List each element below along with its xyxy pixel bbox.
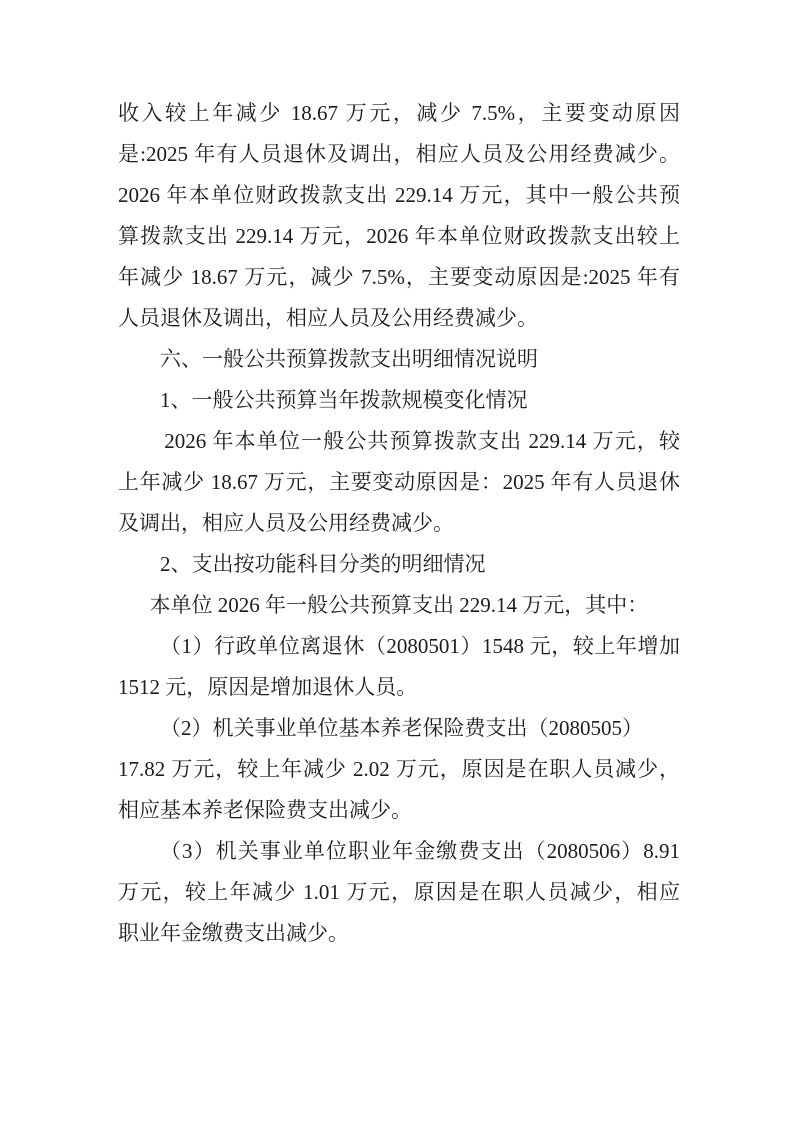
text-line: （1）行政单位离退休（2080501）1548 元，较上年增加 <box>118 626 680 667</box>
paragraph-item-3: （3）机关事业单位职业年金缴费支出（2080506）8.91 万元，较上年减少 … <box>118 831 680 954</box>
text-line: 年减少 18.67 万元，减少 7.5%，主要变动原因是:2025 年有 <box>118 257 680 298</box>
text-line: 算拨款支出 229.14 万元，2026 年本单位财政拨款支出较上 <box>118 216 680 257</box>
heading-line: 1、一般公共预算当年拨款规模变化情况 <box>118 380 680 421</box>
text-line: 及调出，相应人员及公用经费减少。 <box>118 503 680 544</box>
text-line: （3）机关事业单位职业年金缴费支出（2080506）8.91 <box>118 831 680 872</box>
sub-heading-2: 2、支出按功能科目分类的明细情况 <box>118 544 680 585</box>
text-line: 是:2025 年有人员退休及调出，相应人员及公用经费减少。 <box>118 134 680 175</box>
sub-heading-1: 1、一般公共预算当年拨款规模变化情况 <box>118 380 680 421</box>
text-line: 1512 元，原因是增加退休人员。 <box>118 667 680 708</box>
text-line: 人员退休及调出，相应人员及公用经费减少。 <box>118 298 680 339</box>
text-line: 上年减少 18.67 万元，主要变动原因是：2025 年有人员退休 <box>118 462 680 503</box>
text-line: 收入较上年减少 18.67 万元，减少 7.5%，主要变动原因 <box>118 93 680 134</box>
heading-line: 六、一般公共预算拨款支出明细情况说明 <box>118 339 680 380</box>
paragraph-continuation: 收入较上年减少 18.67 万元，减少 7.5%，主要变动原因 是:2025 年… <box>118 93 680 339</box>
text-line: 本单位 2026 年一般公共预算支出 229.14 万元，其中： <box>118 585 680 626</box>
document-body: 收入较上年减少 18.67 万元，减少 7.5%，主要变动原因 是:2025 年… <box>118 93 680 954</box>
paragraph-total: 本单位 2026 年一般公共预算支出 229.14 万元，其中： <box>118 585 680 626</box>
document-page: 收入较上年减少 18.67 万元，减少 7.5%，主要变动原因 是:2025 年… <box>0 0 793 1122</box>
heading-line: 2、支出按功能科目分类的明细情况 <box>118 544 680 585</box>
text-line: 2026 年本单位一般公共预算拨款支出 229.14 万元，较 <box>118 421 680 462</box>
paragraph-scale-change: 2026 年本单位一般公共预算拨款支出 229.14 万元，较 上年减少 18.… <box>118 421 680 544</box>
text-line: 职业年金缴费支出减少。 <box>118 913 680 954</box>
paragraph-item-2: （2）机关事业单位基本养老保险费支出（2080505） 17.82 万元，较上年… <box>118 708 680 831</box>
text-line: 万元，较上年减少 1.01 万元，原因是在职人员减少，相应 <box>118 872 680 913</box>
text-line: 17.82 万元，较上年减少 2.02 万元，原因是在职人员减少， <box>118 749 680 790</box>
text-line: 相应基本养老保险费支出减少。 <box>118 790 680 831</box>
paragraph-item-1: （1）行政单位离退休（2080501）1548 元，较上年增加 1512 元，原… <box>118 626 680 708</box>
text-line: 2026 年本单位财政拨款支出 229.14 万元，其中一般公共预 <box>118 175 680 216</box>
text-line: （2）机关事业单位基本养老保险费支出（2080505） <box>118 708 680 749</box>
section-heading: 六、一般公共预算拨款支出明细情况说明 <box>118 339 680 380</box>
